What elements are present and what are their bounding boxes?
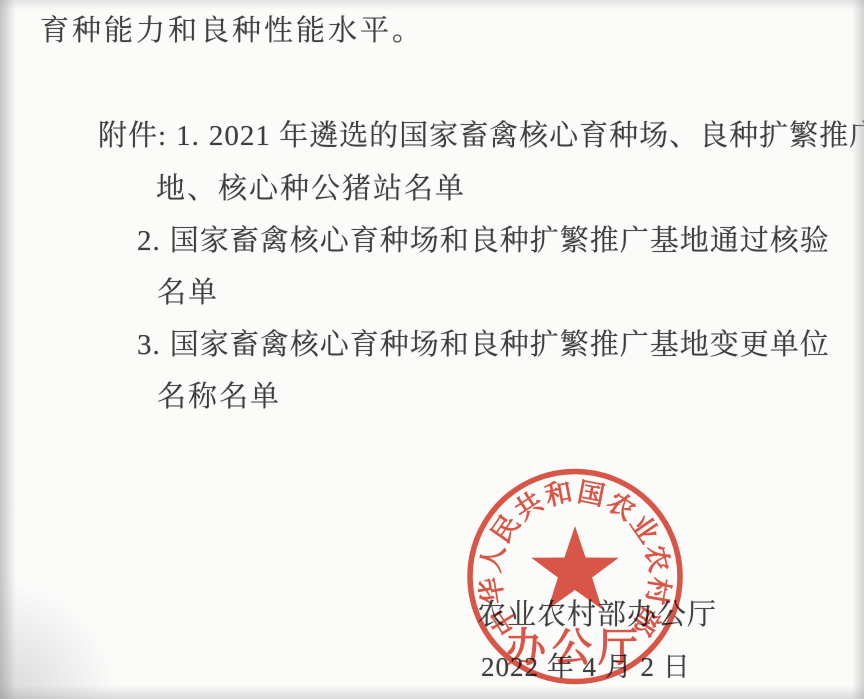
seal-office-text: 办公厅 (506, 625, 644, 670)
svg-text:村: 村 (641, 575, 675, 607)
body-text-line: 育种能力和良种性能水平。 (40, 8, 424, 49)
star-icon (531, 526, 619, 609)
svg-text:和: 和 (543, 477, 575, 512)
svg-text:农: 农 (640, 542, 675, 575)
attachment-label: 附件: (98, 113, 167, 154)
scan-edge-right (852, 0, 864, 699)
svg-text:国: 国 (575, 477, 607, 512)
svg-text:华: 华 (475, 575, 509, 607)
scan-corner-shadow (0, 579, 120, 699)
attachment-2-number: 2. (137, 225, 161, 258)
official-seal: 中华人民共和国农业农村部 办公厅 (452, 458, 702, 692)
document-page: 育种能力和良种性能水平。 附件: 1. 2021 年遴选的国家畜禽核心育种场、良… (0, 0, 864, 699)
attachment-2-text: 国家畜禽核心育种场和良种扩繁推广基地通过核验 (170, 218, 830, 259)
attachment-item-2-line-2: 名单 (157, 270, 219, 311)
attachment-1-text: 2021 年遴选的国家畜禽核心育种场、良种扩繁推广基 (209, 113, 864, 154)
attachment-item-1-line-2: 地、核心种公猪站名单 (156, 166, 466, 207)
svg-text:人: 人 (475, 542, 510, 575)
scan-edge-bottom (0, 685, 864, 699)
attachment-item-3-line-1: 3. 国家畜禽核心育种场和良种扩繁推广基地变更单位 (137, 322, 830, 363)
attachment-1-number: 1. (176, 120, 200, 153)
scan-edge-left (0, 0, 16, 699)
attachment-item-1-line-1: 附件: 1. 2021 年遴选的国家畜禽核心育种场、良种扩繁推广基 (98, 113, 864, 154)
attachment-3-number: 3. (137, 329, 161, 362)
attachment-3-text: 国家畜禽核心育种场和良种扩繁推广基地变更单位 (170, 322, 830, 363)
attachment-item-3-line-2: 名称名单 (157, 374, 281, 415)
attachment-item-2-line-1: 2. 国家畜禽核心育种场和良种扩繁推广基地通过核验 (137, 218, 830, 259)
